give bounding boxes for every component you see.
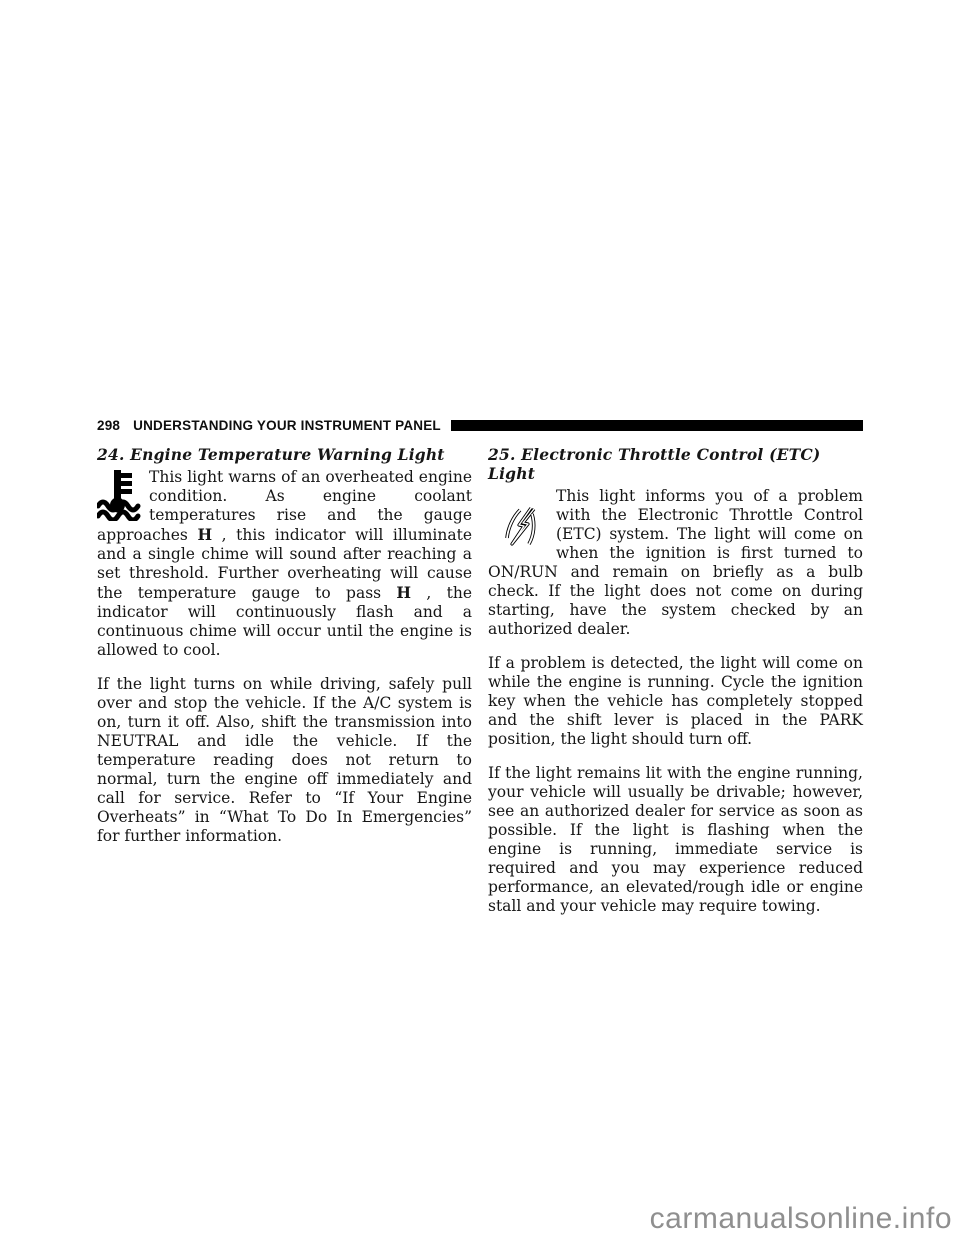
gauge-h-marker: H bbox=[197, 525, 212, 544]
section-heading-engine-temperature: 24. Engine Temperature Warning Light bbox=[97, 445, 472, 464]
header-rule-bar bbox=[451, 420, 863, 431]
engine-temperature-paragraph-1: This light warns of an overheated engine… bbox=[97, 468, 472, 660]
right-column: 25. Electronic Throttle Control (ETC) Li… bbox=[488, 445, 863, 931]
gauge-h-marker: H bbox=[396, 583, 411, 602]
section-heading-etc-light: 25. Electronic Throttle Control (ETC) Li… bbox=[488, 445, 863, 483]
electronic-throttle-control-icon bbox=[488, 488, 552, 563]
etc-paragraph-2: If a problem is detected, the light will… bbox=[488, 654, 863, 749]
watermark-text: carmanualsonline.info bbox=[650, 1202, 952, 1236]
engine-temperature-paragraph-2: If the light turns on while driving, saf… bbox=[97, 675, 472, 846]
manual-page: 298 UNDERSTANDING YOUR INSTRUMENT PANEL … bbox=[97, 418, 863, 931]
header-title: UNDERSTANDING YOUR INSTRUMENT PANEL bbox=[133, 418, 441, 433]
two-column-layout: 24. Engine Temperature Warning Light Thi… bbox=[97, 445, 863, 931]
page-number: 298 bbox=[97, 418, 120, 433]
engine-coolant-temperature-icon bbox=[95, 469, 143, 524]
etc-paragraph-3: If the light remains lit with the engine… bbox=[488, 764, 863, 916]
left-column: 24. Engine Temperature Warning Light Thi… bbox=[97, 445, 472, 931]
page-header: 298 UNDERSTANDING YOUR INSTRUMENT PANEL bbox=[97, 418, 863, 433]
etc-paragraph-1: This light informs you of a problem with… bbox=[488, 487, 863, 639]
